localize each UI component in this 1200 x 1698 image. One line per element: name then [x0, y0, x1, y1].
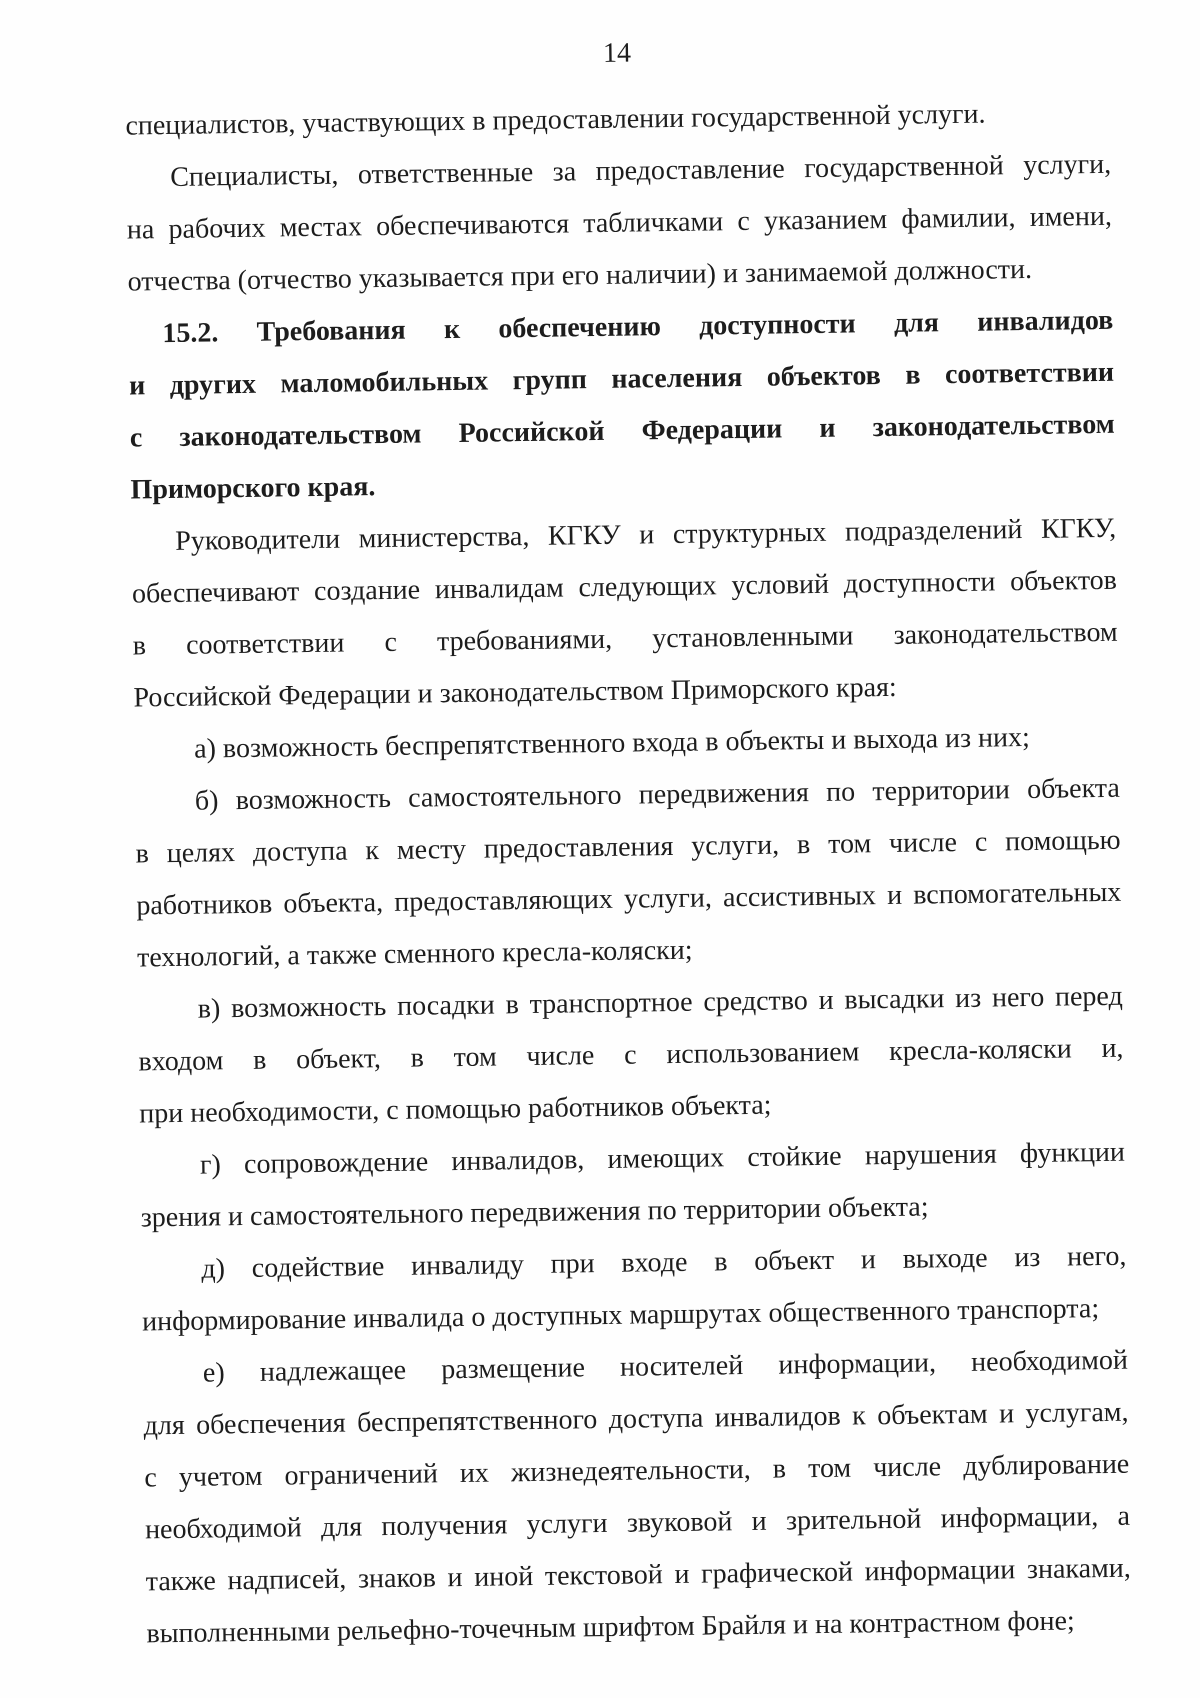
- paragraph-body: Руководители министерства, КГКУ и структ…: [131, 503, 1119, 725]
- paragraph-item: б) возможность самостоятельного передвиж…: [135, 763, 1123, 985]
- document-body: специалистов, участвующих в предоставлен…: [125, 87, 1132, 1661]
- paragraph-heading: 15.2. Требования к обеспечению доступнос…: [128, 295, 1116, 517]
- paragraph-item: г) сопровождение инвалидов, имеющих стой…: [140, 1127, 1126, 1245]
- page-number: 14: [124, 23, 1110, 85]
- paragraph-item: д) содействие инвалиду при входе в объек…: [141, 1231, 1127, 1349]
- paragraph-item: в) возможность посадки в транспортное ср…: [137, 971, 1124, 1141]
- document-page: 14 специалистов, участвующих в предостав…: [0, 0, 1200, 1698]
- paragraph-item: е) надлежащее размещение носителей инфор…: [143, 1335, 1132, 1661]
- scanned-content: 14 специалистов, участвующих в предостав…: [0, 0, 1200, 1662]
- paragraph-body: Специалисты, ответственные за предоставл…: [126, 139, 1113, 309]
